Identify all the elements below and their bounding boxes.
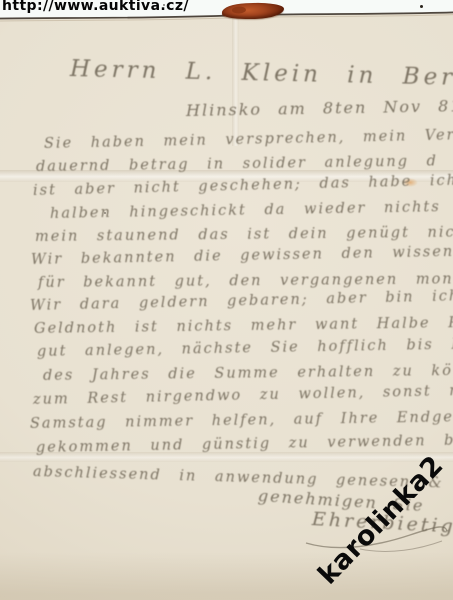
letter-body-line: ist aber nicht geschehen; das habe ich n… — [33, 171, 453, 199]
letter-body-line: halben hingeschickt da wieder nichts nüt… — [50, 198, 453, 222]
letter-body-line: gut anlegen, nächste Sie hofflich bis En… — [37, 336, 453, 360]
letter-salutation: Herrn L. Klein in Berowet! — [70, 56, 453, 93]
letter-body-line: Geldnoth ist nichts mehr want Halbe Part… — [34, 314, 453, 337]
letter-dateline: Hlinsko am 8ten Nov 818 — [186, 96, 453, 120]
letter-body-line: Sie haben mein versprechen, mein Ver — [44, 127, 453, 152]
ink-speck — [420, 5, 423, 8]
letter-body-line: dauernd betrag in solider anlegung d — [36, 153, 438, 175]
letter-body-line: gekommen und günstig zu verwenden bitte — [36, 432, 453, 456]
letter-body-line: für bekannt gut, den vergangenen monatli… — [38, 271, 453, 291]
letter-body-line: Wir dara geldern gebaren; aber bin ich i… — [30, 287, 453, 314]
ink-speck — [104, 212, 106, 214]
letter-body-line: zum Rest nirgendwo zu wollen, sonst müss… — [33, 382, 453, 408]
letter-scan: Herrn L. Klein in Berowet! Hlinsko am 8t… — [0, 0, 453, 600]
letter-body-line: mein staunend das ist dein genügt nich — [35, 224, 453, 245]
auktiva-url-watermark: http://www.auktiva.cz/ — [2, 0, 189, 14]
letter-body-line: des Jahres die Summe erhalten zu können — [43, 362, 453, 384]
letter-body-line: Wir bekannten die gewissen den wissen u — [31, 243, 453, 268]
letter-body-line: Samstag nimmer helfen, auf Ihre Endgeben — [30, 409, 453, 432]
